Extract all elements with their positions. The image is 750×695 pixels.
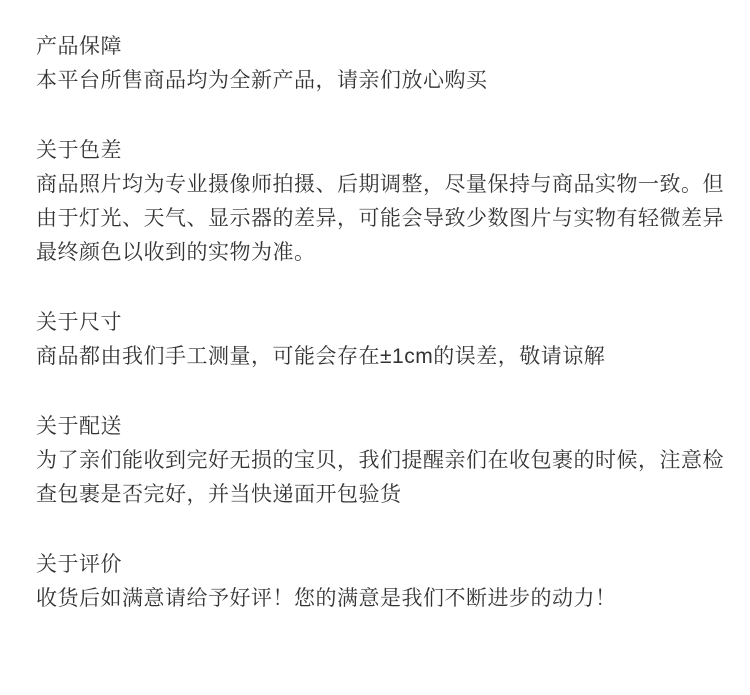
section-text-line: 商品都由我们手工测量，可能会存在±1cm的误差，敬请谅解: [36, 340, 716, 374]
section-text-line: 本平台所售商品均为全新产品，请亲们放心购买: [36, 64, 716, 98]
section-text-line: 由于灯光、天气、显示器的差异，可能会导致少数图片与实物有轻微差异: [36, 202, 716, 236]
section-text-line: 为了亲们能收到完好无损的宝贝，我们提醒亲们在收包裹的时候，注意检: [36, 444, 716, 478]
section-title: 关于配送: [36, 410, 716, 444]
section-text-line: 收货后如满意请给予好评！您的满意是我们不断进步的动力！: [36, 582, 716, 616]
section-size: 关于尺寸 商品都由我们手工测量，可能会存在±1cm的误差，敬请谅解: [36, 306, 716, 374]
section-text-line: 查包裹是否完好，并当快递面开包验货: [36, 478, 716, 512]
section-title: 关于评价: [36, 548, 716, 582]
section-title: 关于色差: [36, 134, 716, 168]
section-review: 关于评价 收货后如满意请给予好评！您的满意是我们不断进步的动力！: [36, 548, 716, 616]
section-delivery: 关于配送 为了亲们能收到完好无损的宝贝，我们提醒亲们在收包裹的时候，注意检 查包…: [36, 410, 716, 512]
section-product-guarantee: 产品保障 本平台所售商品均为全新产品，请亲们放心购买: [36, 30, 716, 98]
section-title: 产品保障: [36, 30, 716, 64]
section-title: 关于尺寸: [36, 306, 716, 340]
section-text-line: 商品照片均为专业摄像师拍摄、后期调整，尽量保持与商品实物一致。但: [36, 168, 716, 202]
product-notes-page: 产品保障 本平台所售商品均为全新产品，请亲们放心购买 关于色差 商品照片均为专业…: [0, 0, 750, 695]
section-text-line: 最终颜色以收到的实物为准。: [36, 236, 716, 270]
section-color-difference: 关于色差 商品照片均为专业摄像师拍摄、后期调整，尽量保持与商品实物一致。但 由于…: [36, 134, 716, 270]
